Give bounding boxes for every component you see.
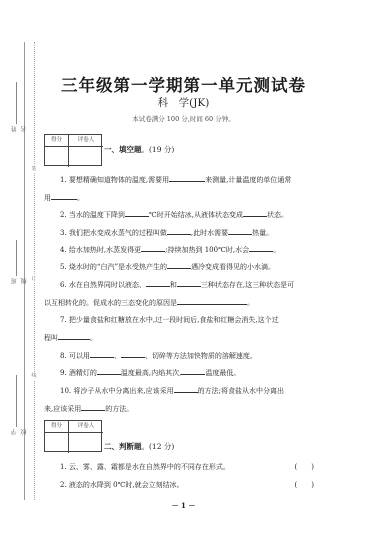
class-label: 班级 — [10, 278, 30, 284]
answer-blank[interactable] — [58, 332, 90, 340]
question-5: 5. 烧水时的“白汽”是水受热产生的遇冷变成看得见的小水滴。 — [44, 261, 340, 272]
answer-blank[interactable] — [125, 209, 149, 217]
score-cell[interactable] — [45, 147, 69, 167]
answer-blank[interactable] — [81, 403, 105, 411]
binding-mark-zhuang: 装 — [30, 165, 38, 173]
answer-blank[interactable] — [169, 174, 205, 182]
question-1-cont: 用。 — [44, 192, 340, 203]
answer-blank[interactable] — [177, 297, 247, 305]
answer-blank[interactable] — [90, 350, 114, 358]
score-header: 得分 — [45, 135, 69, 147]
score-box-2: 得分 评卷人 — [44, 420, 102, 452]
school-label: 学校 — [10, 429, 30, 435]
question-7-cont: 程叫。 — [44, 332, 340, 343]
class-line — [16, 240, 17, 276]
answer-blank[interactable] — [228, 227, 252, 235]
answer-blank[interactable] — [141, 244, 165, 252]
answer-blank[interactable] — [177, 279, 201, 287]
cut-line — [34, 42, 35, 500]
answer-blank[interactable] — [167, 227, 191, 235]
question-6: 6. 水在自然界同时以液态、和三种状态存在,这三种状态是可 — [44, 279, 340, 290]
grader-cell[interactable] — [69, 147, 103, 167]
answer-blank[interactable] — [51, 192, 77, 200]
answer-blank[interactable] — [181, 367, 205, 375]
school-line — [16, 375, 17, 427]
answer-parentheses[interactable]: ( ) — [279, 462, 314, 472]
question-9: 9. 酒精灯的温度最高,内焰其次,温度最低。 — [44, 367, 340, 378]
score-box-1: 得分 评卷人 — [44, 134, 102, 166]
answer-blank[interactable] — [146, 279, 170, 287]
question-1: 1. 要想精确知道物体的温度,需要用来测量,计量温度的单位通常 — [44, 174, 340, 185]
answer-blank[interactable] — [97, 367, 121, 375]
question-8: 8. 可以用、、切碎等方法加快物质的溶解速度。 — [44, 350, 340, 361]
judgment-question-1: 1. 云、雾、露、霜都是水在自然界中的不同存在形式。( ) — [44, 462, 340, 472]
answer-blank[interactable] — [249, 244, 273, 252]
question-3: 3. 我们把水变成水蒸气的过程叫做,此时水需要热量。 — [44, 227, 340, 238]
grader-cell[interactable] — [69, 433, 103, 453]
answer-blank[interactable] — [174, 385, 198, 393]
answer-blank[interactable] — [167, 261, 191, 269]
question-4: 4. 给水加热时,水蒸发得更;持续加热到 100℃时,水会。 — [44, 244, 340, 255]
exam-title: 三年级第一学期第一单元测试卷 — [0, 72, 367, 96]
binding-mark-ding: 订 — [30, 275, 38, 283]
answer-blank[interactable] — [243, 209, 267, 217]
binding-mark-xian: 线 — [30, 372, 38, 380]
section-title-1: 一、填空题。(19 分) — [104, 144, 174, 155]
exam-note: 本试卷满分 100 分,时间 60 分钟。 — [0, 114, 367, 123]
name-label: 姓名 — [10, 126, 30, 132]
subject-title: 科 学(JK) — [0, 95, 367, 110]
score-header: 得分 — [45, 421, 69, 433]
question-7: 7. 把少量食盐和红糖放在水中,过一段时间后,食盐和红糖会消失,这个过 — [44, 315, 340, 325]
grader-header: 评卷人 — [69, 135, 103, 147]
answer-parentheses[interactable]: ( ) — [279, 480, 314, 490]
page-number: － 1 － — [0, 501, 367, 511]
answer-blank[interactable] — [121, 350, 145, 358]
question-10-cont: 来,应该采用的方法。 — [44, 403, 340, 414]
score-cell[interactable] — [45, 433, 69, 453]
judgment-question-2: 2. 液态的水降到 0℃时,就会立刻结冰。( ) — [44, 480, 340, 490]
question-6-cont: 以互相转化的。促成水的三态变化的原因是。 — [44, 297, 340, 308]
question-10: 10. 将沙子从水中分离出来,应该采用的方法;将食盐从水中分离出 — [44, 385, 340, 396]
grader-header: 评卷人 — [69, 421, 103, 433]
question-2: 2. 当水的温度下降到℃时开始结冰,从液体状态变成状态。 — [44, 209, 340, 220]
section-title-2: 二、判断题。(12 分) — [104, 441, 174, 452]
